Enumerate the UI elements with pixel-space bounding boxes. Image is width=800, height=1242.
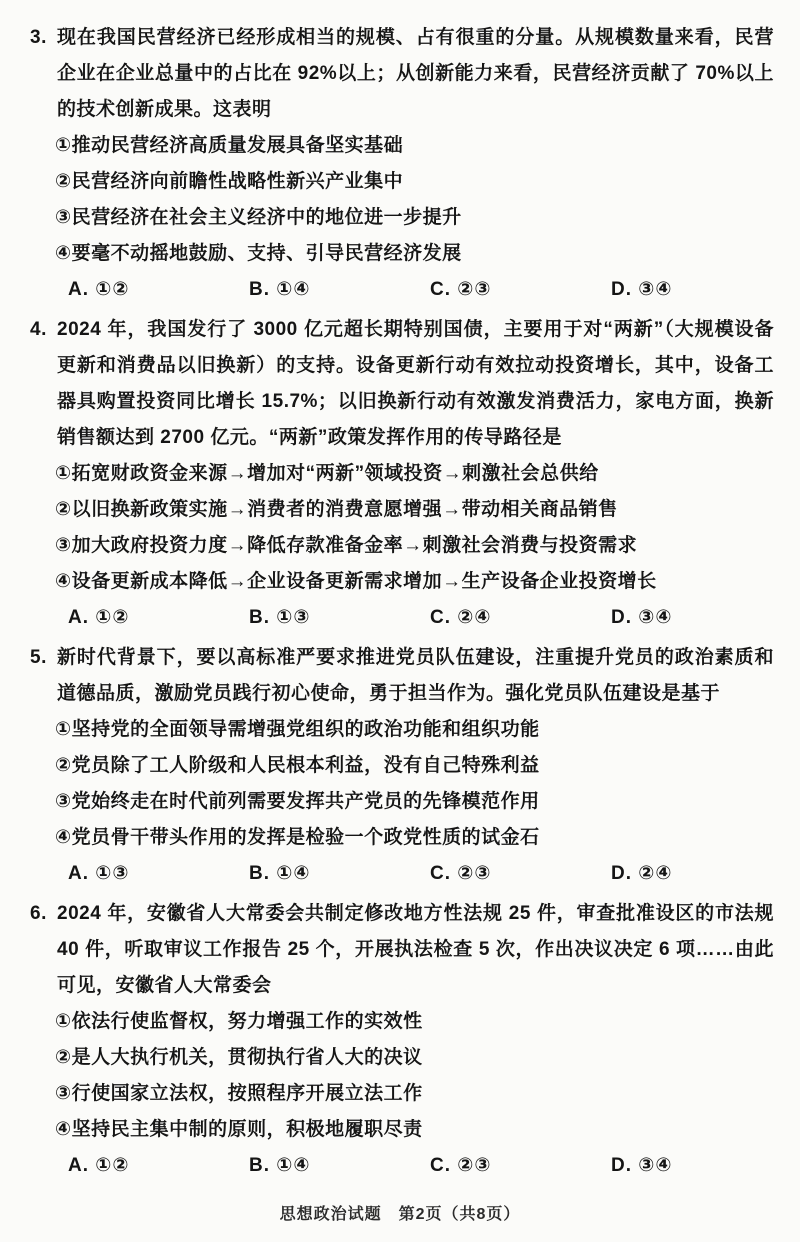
question-stem-text: 2024 年，安徽省人大常委会共制定修改地方性法规 25 件，审查批准设区的市法…: [57, 903, 774, 996]
choice-a: A. ①③: [68, 856, 249, 892]
statement-item: ②党员除了工人阶级和人民根本利益，没有自己特殊利益: [0, 748, 800, 784]
choice-b: B. ①④: [249, 856, 430, 892]
question-stem: 5. 新时代背景下，要以高标准严要求推进党员队伍建设，注重提升党员的政治素质和道…: [0, 640, 800, 712]
statement-item: ④设备更新成本降低→企业设备更新需求增加→生产设备企业投资增长: [0, 564, 800, 600]
question-5: 5. 新时代背景下，要以高标准严要求推进党员队伍建设，注重提升党员的政治素质和道…: [0, 640, 800, 892]
question-number: 3.: [30, 20, 47, 56]
question-stem-text: 新时代背景下，要以高标准严要求推进党员队伍建设，注重提升党员的政治素质和道德品质…: [57, 647, 774, 704]
statement-item: ②以旧换新政策实施→消费者的消费意愿增强→带动相关商品销售: [0, 492, 800, 528]
choice-d: D. ③④: [611, 272, 672, 308]
question-4: 4. 2024 年，我国发行了 3000 亿元超长期特别国债，主要用于对“两新”…: [0, 312, 800, 636]
question-stem-text: 现在我国民营经济已经形成相当的规模、占有很重的分量。从规模数量来看，民营企业在企…: [57, 27, 774, 120]
choice-b: B. ①④: [249, 1148, 430, 1184]
question-number: 5.: [30, 640, 47, 676]
statement-item: ④坚持民主集中制的原则，积极地履职尽责: [0, 1112, 800, 1148]
question-stem: 4. 2024 年，我国发行了 3000 亿元超长期特别国债，主要用于对“两新”…: [0, 312, 800, 456]
choice-b: B. ①③: [249, 600, 430, 636]
choice-d: D. ③④: [611, 600, 672, 636]
choice-d: D. ②④: [611, 856, 672, 892]
question-stem: 3. 现在我国民营经济已经形成相当的规模、占有很重的分量。从规模数量来看，民营企…: [0, 20, 800, 128]
page-footer: 思想政治试题 第2页（共8页）: [0, 1201, 800, 1224]
question-stem: 6. 2024 年，安徽省人大常委会共制定修改地方性法规 25 件，审查批准设区…: [0, 896, 800, 1004]
choice-b: B. ①④: [249, 272, 430, 308]
statement-item: ③加大政府投资力度→降低存款准备金率→刺激社会消费与投资需求: [0, 528, 800, 564]
exam-page: 3. 现在我国民营经济已经形成相当的规模、占有很重的分量。从规模数量来看，民营企…: [0, 0, 800, 1242]
choice-d: D. ③④: [611, 1148, 672, 1184]
choices-row: A. ①② B. ①③ C. ②④ D. ③④: [0, 600, 800, 636]
question-stem-text: 2024 年，我国发行了 3000 亿元超长期特别国债，主要用于对“两新”（大规…: [57, 319, 774, 448]
choice-c: C. ②③: [430, 1148, 611, 1184]
statement-item: ①推动民营经济高质量发展具备坚实基础: [0, 128, 800, 164]
choices-row: A. ①③ B. ①④ C. ②③ D. ②④: [0, 856, 800, 892]
statement-item: ③行使国家立法权，按照程序开展立法工作: [0, 1076, 800, 1112]
choice-c: C. ②④: [430, 600, 611, 636]
question-3: 3. 现在我国民营经济已经形成相当的规模、占有很重的分量。从规模数量来看，民营企…: [0, 20, 800, 308]
choice-a: A. ①②: [68, 1148, 249, 1184]
choices-row: A. ①② B. ①④ C. ②③ D. ③④: [0, 1148, 800, 1184]
statement-item: ②是人大执行机关，贯彻执行省人大的决议: [0, 1040, 800, 1076]
question-number: 4.: [30, 312, 47, 348]
choice-a: A. ①②: [68, 600, 249, 636]
choice-c: C. ②③: [430, 856, 611, 892]
statement-item: ④要毫不动摇地鼓励、支持、引导民营经济发展: [0, 236, 800, 272]
question-6: 6. 2024 年，安徽省人大常委会共制定修改地方性法规 25 件，审查批准设区…: [0, 896, 800, 1184]
choices-row: A. ①② B. ①④ C. ②③ D. ③④: [0, 272, 800, 308]
statement-item: ③党始终走在时代前列需要发挥共产党员的先锋模范作用: [0, 784, 800, 820]
statement-item: ②民营经济向前瞻性战略性新兴产业集中: [0, 164, 800, 200]
statement-item: ④党员骨干带头作用的发挥是检验一个政党性质的试金石: [0, 820, 800, 856]
choice-a: A. ①②: [68, 272, 249, 308]
statement-item: ③民营经济在社会主义经济中的地位进一步提升: [0, 200, 800, 236]
question-number: 6.: [30, 896, 47, 932]
statement-item: ①拓宽财政资金来源→增加对“两新”领域投资→刺激社会总供给: [0, 456, 800, 492]
choice-c: C. ②③: [430, 272, 611, 308]
statement-item: ①坚持党的全面领导需增强党组织的政治功能和组织功能: [0, 712, 800, 748]
statement-item: ①依法行使监督权，努力增强工作的实效性: [0, 1004, 800, 1040]
